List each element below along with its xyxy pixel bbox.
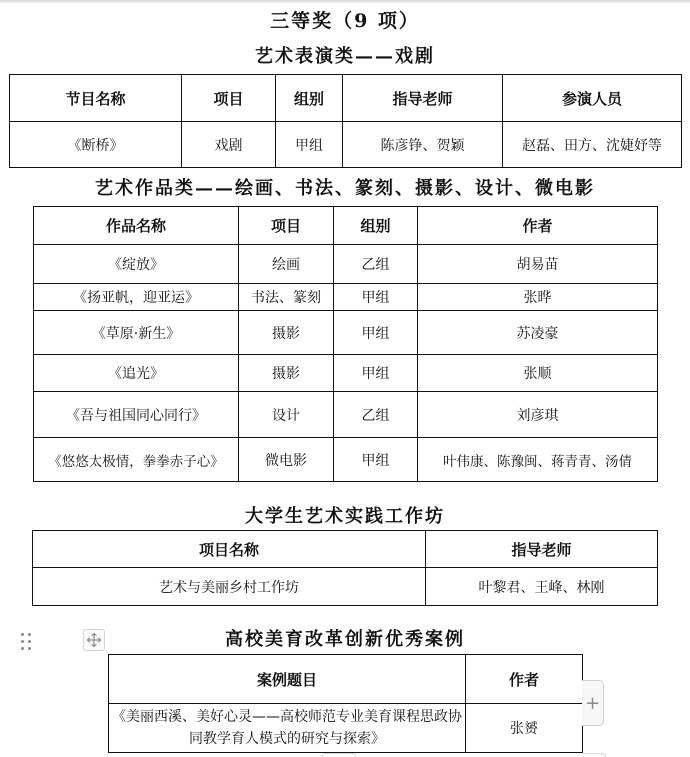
section-heading-workshop: 大学生艺术实践工作坊 [0,505,690,529]
column-header: 指导老师 [343,75,503,122]
table-row: 艺术与美丽乡村工作坊 叶黎君、王峰、林刚 [33,568,658,606]
column-header: 项目 [182,75,276,122]
section-heading-performance: 艺术表演类——戏剧 [0,45,690,69]
table-cell[interactable]: 摄影 [239,311,334,355]
page-title: 三等奖（9 项） [0,8,690,34]
table-cell[interactable]: 赵磊、田方、沈婕妤等 [503,122,682,168]
table-cell[interactable]: 刘彦琪 [418,392,658,438]
table-cell[interactable]: 甲组 [276,122,343,168]
table-cell[interactable]: 叶伟康、陈豫闽、蒋青青、汤倩 [418,438,658,482]
table-cell[interactable]: 张赟 [466,704,583,753]
table-row: 《草原·新生》 摄影 甲组 苏凌豪 [34,311,658,355]
table-cases: 案例题目 作者 《美丽西溪、美好心灵——高校师范专业美育课程思政协同教学育人模式… [108,654,583,753]
table-cell[interactable]: 《追光》 [34,355,239,392]
add-row-button[interactable] [322,753,356,757]
table-row: 《悠悠太极情，拳拳赤子心》 微电影 甲组 叶伟康、陈豫闽、蒋青青、汤倩 [34,438,658,482]
table-cell[interactable]: 绘画 [239,245,334,284]
table-artworks: 作品名称 项目 组别 作者 《绽放》 绘画 乙组 胡易苗 《扬亚帆，迎亚运》 书… [33,206,658,482]
table-cell[interactable]: 《美丽西溪、美好心灵——高校师范专业美育课程思政协同教学育人模式的研究与探索》 [109,704,466,753]
table-row: 《追光》 摄影 甲组 张顺 [34,355,658,392]
column-header: 作品名称 [34,207,239,245]
table-cell[interactable]: 艺术与美丽乡村工作坊 [33,568,426,606]
section-heading-cases: 高校美育改革创新优秀案例 [0,628,690,652]
table-cell[interactable]: 甲组 [334,438,418,482]
table-row: 《绽放》 绘画 乙组 胡易苗 [34,245,658,284]
table-performance: 节目名称 项目 组别 指导老师 参演人员 《断桥》 戏剧 甲组 陈彦铮、贺颖 赵… [9,74,682,168]
plus-icon: + [585,693,600,714]
table-header-row: 作品名称 项目 组别 作者 [34,207,658,245]
column-header: 参演人员 [503,75,682,122]
table-cell[interactable]: 甲组 [334,355,418,392]
table-cell[interactable]: 叶黎君、王峰、林刚 [426,568,658,606]
table-row: 《扬亚帆，迎亚运》 书法、篆刻 甲组 张晔 [34,284,658,311]
table-cell[interactable]: 陈彦铮、贺颖 [343,122,503,168]
table-cell[interactable]: 戏剧 [182,122,276,168]
column-header: 案例题目 [109,655,466,704]
table-cell[interactable]: 设计 [239,392,334,438]
section-heading-artworks: 艺术作品类——绘画、书法、篆刻、摄影、设计、微电影 [0,177,690,201]
editor-top-edge [0,0,690,3]
column-header: 指导老师 [426,531,658,568]
table-row: 《吾与祖国同心同行》 设计 乙组 刘彦琪 [34,392,658,438]
table-header-row: 案例题目 作者 [109,655,583,704]
table-cell[interactable]: 摄影 [239,355,334,392]
column-header: 组别 [334,207,418,245]
table-cell[interactable]: 《悠悠太极情，拳拳赤子心》 [34,438,239,482]
table-cell[interactable]: 乙组 [334,392,418,438]
table-cell[interactable]: 甲组 [334,311,418,355]
table-cell[interactable]: 苏凌豪 [418,311,658,355]
table-cell[interactable]: 甲组 [334,284,418,311]
table-header-row: 节目名称 项目 组别 指导老师 参演人员 [10,75,682,122]
table-workshop: 项目名称 指导老师 艺术与美丽乡村工作坊 叶黎君、王峰、林刚 [32,530,658,606]
table-row: 《断桥》 戏剧 甲组 陈彦铮、贺颖 赵磊、田方、沈婕妤等 [10,122,682,168]
column-header: 作者 [466,655,583,704]
table-cell[interactable]: 张晔 [418,284,658,311]
table-row: 《美丽西溪、美好心灵——高校师范专业美育课程思政协同教学育人模式的研究与探索》 … [109,704,583,753]
table-cell[interactable]: 胡易苗 [418,245,658,284]
table-cell[interactable]: 书法、篆刻 [239,284,334,311]
column-header: 组别 [276,75,343,122]
column-header: 作者 [418,207,658,245]
table-cell[interactable]: 《断桥》 [10,122,182,168]
column-header: 项目名称 [33,531,426,568]
corner-add-button[interactable] [583,753,606,757]
table-cell[interactable]: 《吾与祖国同心同行》 [34,392,239,438]
column-header: 节目名称 [10,75,182,122]
table-header-row: 项目名称 指导老师 [33,531,658,568]
table-cell[interactable]: 张顺 [418,355,658,392]
table-cell[interactable]: 乙组 [334,245,418,284]
table-cell[interactable]: 《扬亚帆，迎亚运》 [34,284,239,311]
table-cell[interactable]: 《草原·新生》 [34,311,239,355]
add-column-button[interactable]: + [582,680,604,726]
table-cell[interactable]: 《绽放》 [34,245,239,284]
table-cell[interactable]: 微电影 [239,438,334,482]
column-header: 项目 [239,207,334,245]
